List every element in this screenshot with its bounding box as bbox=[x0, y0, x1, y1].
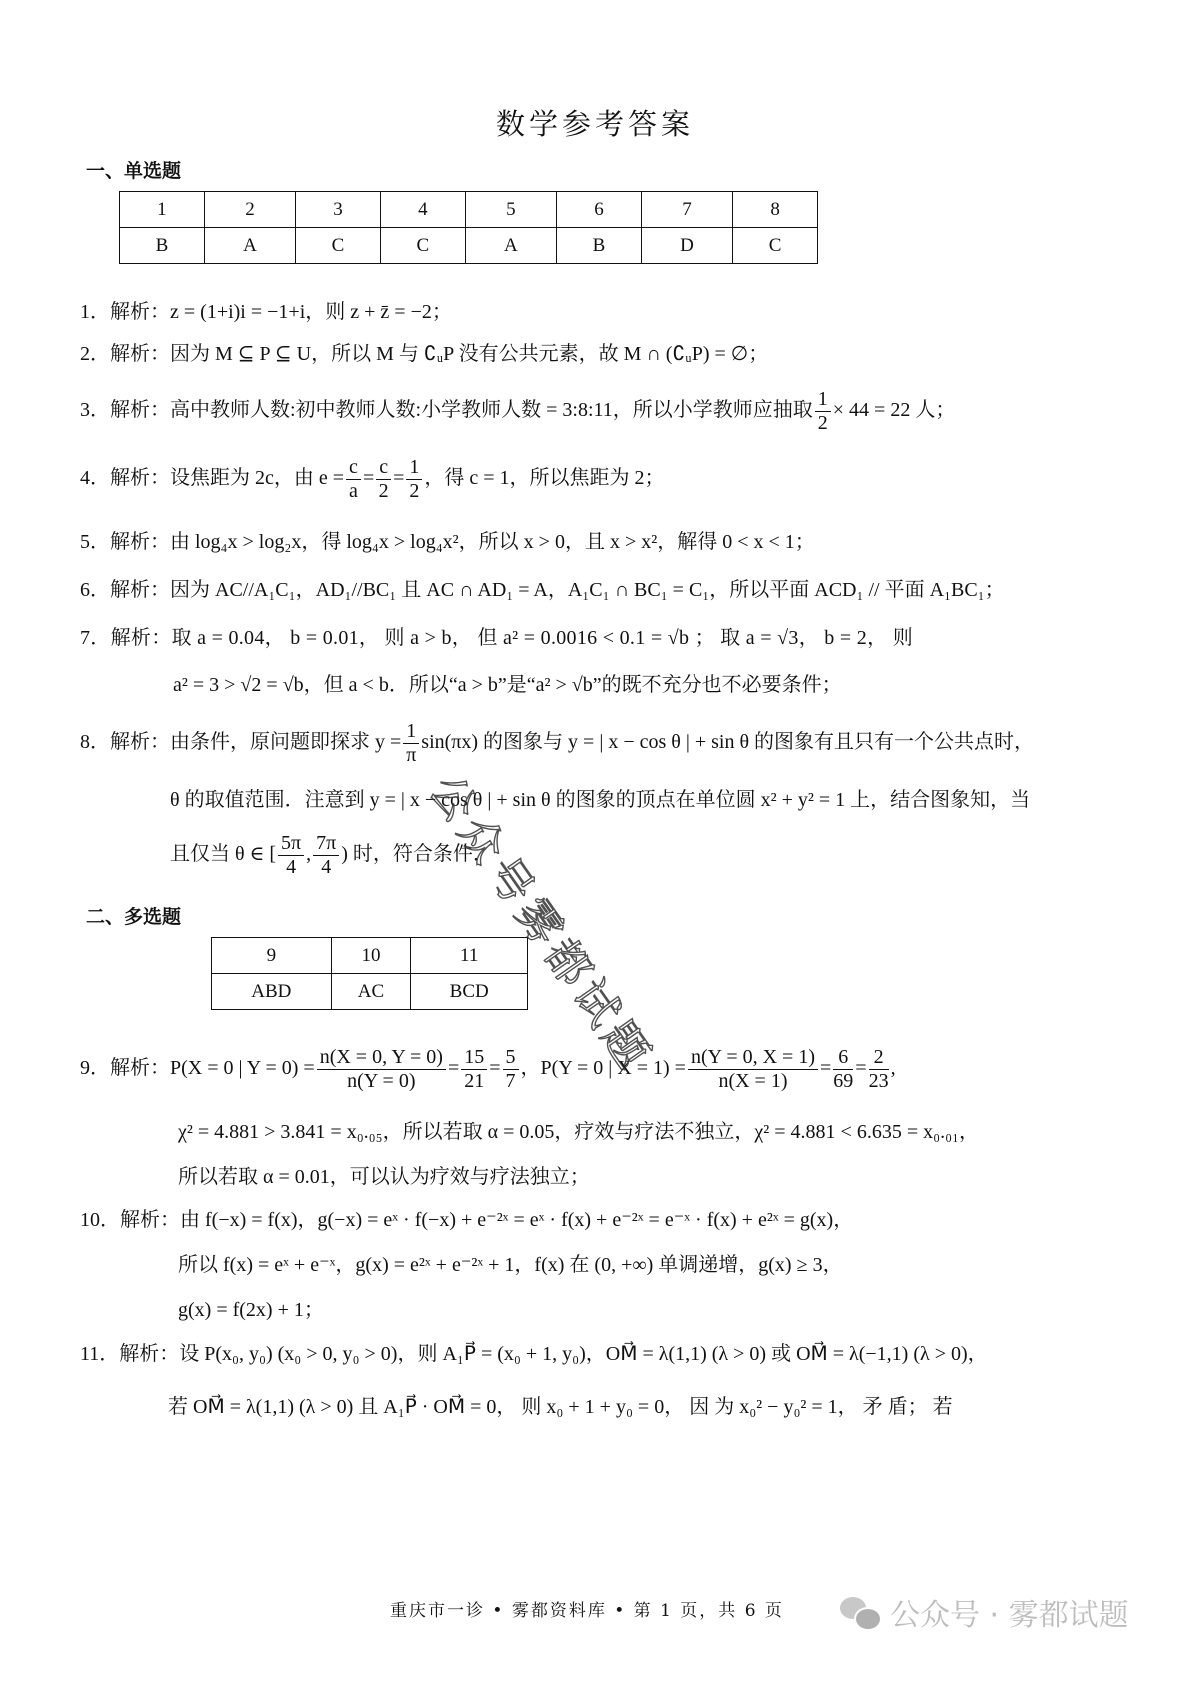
denominator: 4 bbox=[313, 856, 339, 879]
solution-3: 3．解析：高中教师人数:初中教师人数:小学教师人数 = 3:8:11，所以小学教… bbox=[80, 388, 955, 435]
solution-4-text-end: ，得 c = 1，所以焦距为 2； bbox=[424, 467, 664, 489]
table-cell: 4 bbox=[380, 192, 465, 228]
fraction: 12 bbox=[815, 388, 831, 435]
fraction: c2 bbox=[376, 456, 391, 503]
solution-8-text-end: sin(πx) 的图象与 y = | x − cos θ | + sin θ 的… bbox=[421, 731, 1034, 753]
denominator: 4 bbox=[278, 856, 304, 879]
fraction: 669 bbox=[833, 1046, 853, 1093]
table-cell: 5 bbox=[465, 192, 556, 228]
single-choice-answer-table: 1 2 3 4 5 6 7 8 B A C C A B D C bbox=[119, 191, 818, 264]
solution-7-line-2: a² = 3 > √2 = √b，但 a < b．所以“a > b”是“a² >… bbox=[173, 673, 842, 697]
table-cell: C bbox=[380, 228, 465, 264]
denominator: 7 bbox=[503, 1070, 519, 1093]
denominator: n(X = 1) bbox=[688, 1070, 818, 1093]
table-cell: 7 bbox=[641, 192, 732, 228]
solution-8-text: 且仅当 θ ∈ [ bbox=[170, 843, 276, 865]
numerator: 6 bbox=[833, 1046, 853, 1070]
denominator: 23 bbox=[869, 1070, 889, 1093]
solution-2: 2．解析：因为 M ⊆ P ⊆ U，所以 M 与 ∁ᵤP 没有公共元素，故 M … bbox=[80, 342, 768, 366]
solution-9-text: 9．解析：P(X = 0 | Y = 0) = bbox=[80, 1057, 315, 1079]
table-cell: 9 bbox=[212, 938, 332, 974]
denominator: a bbox=[346, 480, 361, 503]
section-heading-single-choice: 一、单选题 bbox=[86, 156, 181, 183]
solution-10-line-3: g(x) = f(2x) + 1； bbox=[178, 1298, 324, 1322]
solution-8-text: 8．解析：由条件，原问题即探求 y = bbox=[80, 731, 401, 753]
multiple-choice-answer-table: 9 10 11 ABD AC BCD bbox=[211, 937, 528, 1010]
solution-11-line-2: 若 OM⃗ = λ(1,1) (λ > 0) 且 A₁P⃗ · OM⃗ = 0，… bbox=[168, 1395, 953, 1419]
fraction: ca bbox=[346, 456, 361, 503]
solution-9-line-3: 所以若取 α = 0.01，可以认为疗效与疗法独立； bbox=[178, 1165, 590, 1189]
solution-8-line-3: 且仅当 θ ∈ [5π4,7π4) 时，符合条件． bbox=[170, 832, 493, 879]
numerator: c bbox=[376, 456, 391, 480]
denominator: 2 bbox=[406, 480, 422, 503]
fraction: 57 bbox=[503, 1046, 519, 1093]
table-cell: B bbox=[120, 228, 205, 264]
table-cell: 2 bbox=[204, 192, 295, 228]
table-cell: B bbox=[557, 228, 642, 264]
table-cell: C bbox=[733, 228, 818, 264]
table-cell: AC bbox=[331, 974, 411, 1010]
table-cell: 8 bbox=[733, 192, 818, 228]
fraction: 1521 bbox=[461, 1046, 487, 1093]
table-cell: A bbox=[204, 228, 295, 264]
numerator: 1 bbox=[403, 720, 419, 744]
solution-3-text: 3．解析：高中教师人数:初中教师人数:小学教师人数 = 3:8:11，所以小学教… bbox=[80, 399, 813, 421]
numerator: 7π bbox=[313, 832, 339, 856]
solution-3-text-end: × 44 = 22 人； bbox=[833, 399, 956, 421]
table-cell: 1 bbox=[120, 192, 205, 228]
solution-6: 6．解析：因为 AC//A₁C₁，AD₁//BC₁ 且 AC ∩ AD₁ = A… bbox=[80, 578, 1005, 602]
solution-11-line-1: 11．解析：设 P(x₀, y₀) (x₀ > 0, y₀ > 0)，则 A₁P… bbox=[80, 1342, 988, 1366]
denominator: π bbox=[403, 744, 419, 767]
numerator: 5π bbox=[278, 832, 304, 856]
fraction: 7π4 bbox=[313, 832, 339, 879]
table-row-answers: ABD AC BCD bbox=[212, 974, 528, 1010]
solution-8-line-1: 8．解析：由条件，原问题即探求 y =1πsin(πx) 的图象与 y = | … bbox=[80, 720, 1034, 767]
solution-4-text: 4．解析：设焦距为 2c，由 e = bbox=[80, 467, 344, 489]
fraction: 12 bbox=[406, 456, 422, 503]
denominator: 69 bbox=[833, 1070, 853, 1093]
table-cell: BCD bbox=[411, 974, 528, 1010]
solution-8-line-2: θ 的取值范围．注意到 y = | x − cos θ | + sin θ 的图… bbox=[170, 788, 1030, 812]
wechat-brand: 公众号 · 雾都试题 bbox=[840, 1590, 1129, 1634]
denominator: 2 bbox=[376, 480, 391, 503]
fraction: 1π bbox=[403, 720, 419, 767]
solution-10-line-1: 10．解析：由 f(−x) = f(x)，g(−x) = eˣ · f(−x) … bbox=[80, 1208, 853, 1232]
fraction: n(Y = 0, X = 1)n(X = 1) bbox=[688, 1046, 818, 1093]
table-cell: 6 bbox=[557, 192, 642, 228]
table-cell: 3 bbox=[296, 192, 381, 228]
table-cell: D bbox=[641, 228, 732, 264]
table-row-answers: B A C C A B D C bbox=[120, 228, 818, 264]
numerator: 2 bbox=[869, 1046, 889, 1070]
solution-7-line-1: 7．解析：取 a = 0.04， b = 0.01， 则 a > b， 但 a²… bbox=[80, 626, 913, 650]
solution-4: 4．解析：设焦距为 2c，由 e =ca=c2=12，得 c = 1，所以焦距为… bbox=[80, 456, 665, 503]
table-row-question-numbers: 1 2 3 4 5 6 7 8 bbox=[120, 192, 818, 228]
solution-9-line-1: 9．解析：P(X = 0 | Y = 0) =n(X = 0, Y = 0)n(… bbox=[80, 1046, 896, 1093]
denominator: 21 bbox=[461, 1070, 487, 1093]
numerator: 5 bbox=[503, 1046, 519, 1070]
solution-5: 5．解析：由 log₄x > log₂x，得 log₄x > log₄x²，所以… bbox=[80, 530, 815, 554]
numerator: 1 bbox=[815, 388, 831, 412]
denominator: n(Y = 0) bbox=[317, 1070, 446, 1093]
section-heading-multiple-choice: 二、多选题 bbox=[86, 902, 181, 929]
page-title: 数学参考答案 bbox=[0, 102, 1190, 143]
numerator: 15 bbox=[461, 1046, 487, 1070]
page-footer: 重庆市一诊 • 雾都资料库 • 第 1 页，共 6 页 bbox=[390, 1596, 784, 1621]
numerator: 1 bbox=[406, 456, 422, 480]
fraction: 223 bbox=[869, 1046, 889, 1093]
numerator: n(X = 0, Y = 0) bbox=[317, 1046, 446, 1070]
table-cell: ABD bbox=[212, 974, 332, 1010]
fraction: 5π4 bbox=[278, 832, 304, 879]
fraction: n(X = 0, Y = 0)n(Y = 0) bbox=[317, 1046, 446, 1093]
table-cell: 10 bbox=[331, 938, 411, 974]
table-cell: C bbox=[296, 228, 381, 264]
numerator: n(Y = 0, X = 1) bbox=[688, 1046, 818, 1070]
solution-10-line-2: 所以 f(x) = eˣ + e⁻ˣ，g(x) = e²ˣ + e⁻²ˣ + 1… bbox=[178, 1253, 843, 1277]
numerator: c bbox=[346, 456, 361, 480]
solution-1: 1．解析：z = (1+i)i = −1+i，则 z + z̄ = −2； bbox=[80, 300, 452, 324]
wechat-icon bbox=[840, 1595, 880, 1629]
table-cell: 11 bbox=[411, 938, 528, 974]
solution-9-line-2: χ² = 4.881 > 3.841 = x₀.₀₅，所以若取 α = 0.05… bbox=[178, 1120, 979, 1144]
table-cell: A bbox=[465, 228, 556, 264]
wechat-brand-label: 公众号 · 雾都试题 bbox=[890, 1590, 1129, 1634]
denominator: 2 bbox=[815, 412, 831, 435]
table-row-question-numbers: 9 10 11 bbox=[212, 938, 528, 974]
